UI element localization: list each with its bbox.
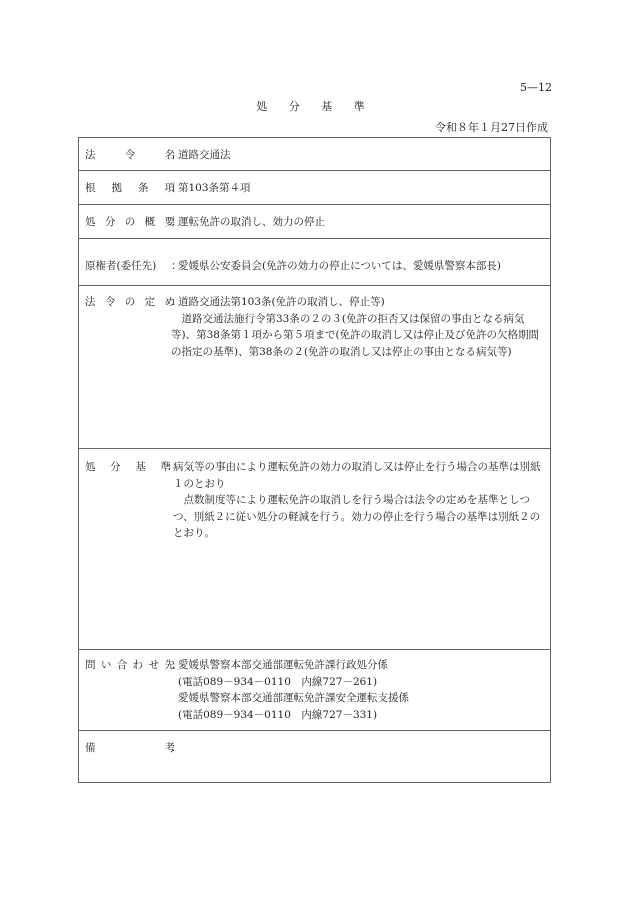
value-authority: 愛媛県公安委員会(免許の効力の停止については、愛媛県警察本部長) bbox=[178, 258, 546, 275]
value-disposition-summary: 運転免許の取消し、効力の停止 bbox=[178, 214, 546, 231]
value-contact: 愛媛県警察本部交通部運転免許課行政処分係 (電話089－934－0110 内線7… bbox=[178, 657, 546, 723]
contact-office-1: 愛媛県警察本部交通部運転免許課行政処分係 bbox=[178, 657, 546, 674]
value-law-name: 道路交通法 bbox=[178, 147, 546, 164]
label-legal-basis: 根 拠 条 項 bbox=[85, 180, 175, 195]
row-legal-basis: 根 拠 条 項 ： 第103条第４項 bbox=[79, 171, 550, 205]
row-law-name: 法 令 名 ： 道路交通法 bbox=[79, 138, 550, 171]
contact-phone-2: (電話089－934－0110 内線727－331) bbox=[178, 707, 546, 724]
value-legal-basis: 第103条第４項 bbox=[178, 180, 546, 197]
provision-line: 道路交通法施行令第33条の２の３(免許の拒否又は保留の事由となる病気等)、第38… bbox=[171, 311, 546, 361]
contact-office-2: 愛媛県警察本部交通部運転免許課安全運転支援係 bbox=[178, 690, 546, 707]
criteria-line: 点数制度等により運転免許の取消しを行う場合は法令の定めを基準としつつ、別紙２に従… bbox=[173, 492, 546, 542]
provision-line: 道路交通法第103条(免許の取消し、停止等) bbox=[178, 294, 546, 311]
label-disposition-summary: 処 分 の 概 要 bbox=[85, 214, 175, 229]
criteria-line: 病気等の事由により運転免許の効力の取消し又は停止を行う場合の基準は別紙１のとおり bbox=[173, 459, 546, 492]
row-legal-provisions: 法 令 の 定 め ： 道路交通法第103条(免許の取消し、停止等) 道路交通法… bbox=[79, 286, 550, 449]
colon: ： bbox=[171, 740, 182, 755]
label-remarks: 備 考 bbox=[85, 740, 175, 755]
label-contact: 問 い 合 わ せ 先 bbox=[85, 657, 175, 672]
value-legal-provisions: 道路交通法第103条(免許の取消し、停止等) 道路交通法施行令第33条の２の３(… bbox=[178, 294, 546, 360]
page-number: 5—12 bbox=[520, 81, 552, 94]
label-legal-provisions: 法 令 の 定 め bbox=[85, 294, 175, 309]
label-authority: 原権者(委任先) bbox=[85, 258, 175, 273]
contact-phone-1: (電話089－934－0110 内線727－261) bbox=[178, 674, 546, 691]
label-law-name: 法 令 名 bbox=[85, 147, 175, 162]
row-disposition-summary: 処 分 の 概 要 ： 運転免許の取消し、効力の停止 bbox=[79, 205, 550, 239]
row-authority: 原権者(委任先) ： 愛媛県公安委員会(免許の効力の停止については、愛媛県警察本… bbox=[79, 239, 550, 286]
disposition-standard-table: 法 令 名 ： 道路交通法 根 拠 条 項 ： 第103条第４項 処 分 の 概… bbox=[78, 137, 551, 783]
document-date: 令和８年１月27日作成 bbox=[435, 119, 548, 135]
row-remarks: 備 考 ： bbox=[79, 731, 550, 782]
row-contact: 問 い 合 わ せ 先 ： 愛媛県警察本部交通部運転免許課行政処分係 (電話08… bbox=[79, 650, 550, 731]
value-disposition-criteria: 病気等の事由により運転免許の効力の取消し又は停止を行う場合の基準は別紙１のとおり… bbox=[173, 459, 546, 542]
document-title: 処 分 基 準 bbox=[0, 98, 630, 114]
label-disposition-criteria: 処 分 基 準 bbox=[85, 459, 171, 474]
row-disposition-criteria: 処 分 基 準 ： 病気等の事由により運転免許の効力の取消し又は停止を行う場合の… bbox=[79, 449, 550, 650]
